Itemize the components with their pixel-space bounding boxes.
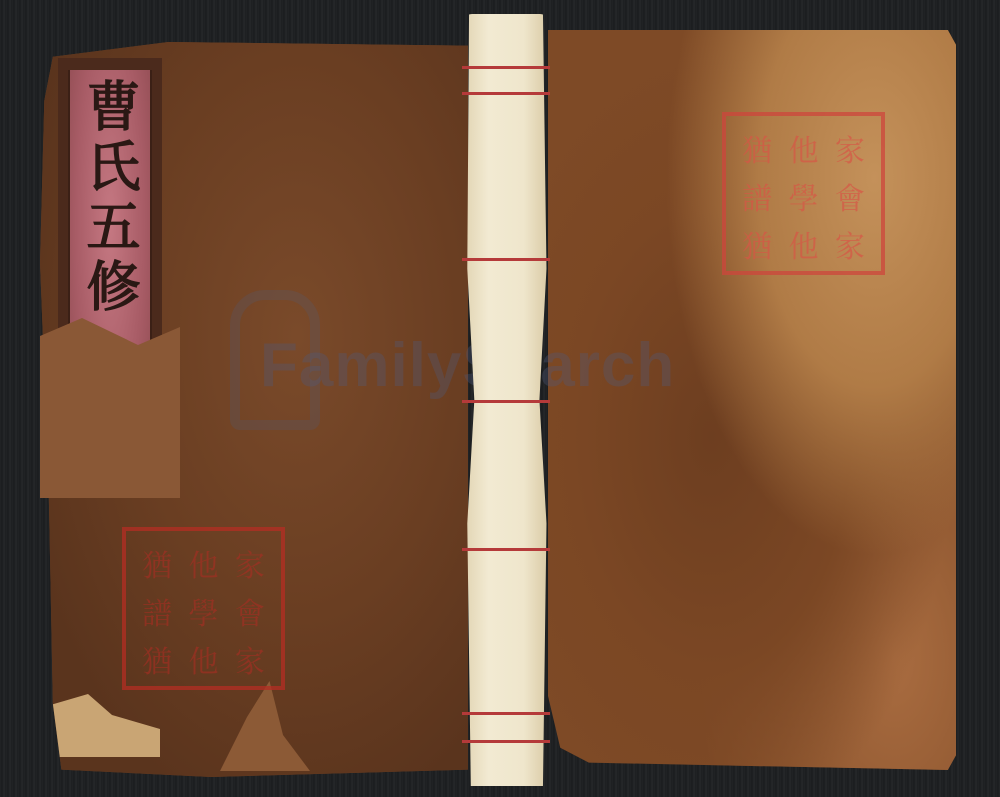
seal-char: 猶 (136, 637, 178, 681)
seal-char: 會 (829, 174, 871, 218)
seal-char: 譜 (736, 174, 778, 218)
seal-char: 會 (229, 589, 271, 633)
seal-char: 他 (182, 637, 224, 681)
watermark-text: FamilySearch (260, 330, 675, 401)
seal-char: 他 (782, 222, 824, 266)
seal-char: 家 (829, 126, 871, 170)
seal-char: 猶 (136, 541, 178, 585)
binding-thread (462, 740, 550, 743)
seal-char: 家 (829, 222, 871, 266)
library-seal-left: 猶 他 家 譜 學 會 猶 他 家 (122, 527, 285, 690)
binding-thread (462, 66, 550, 69)
seal-char: 猶 (736, 126, 778, 170)
binding-thread (462, 92, 550, 95)
seal-char: 譜 (136, 589, 178, 633)
binding-thread (462, 548, 550, 551)
seal-char: 家 (229, 637, 271, 681)
book-title: 曹氏五修 (78, 78, 142, 318)
seal-char: 猶 (736, 222, 778, 266)
seal-char: 學 (782, 174, 824, 218)
library-seal-right: 猶 他 家 譜 學 會 猶 他 家 (722, 112, 885, 275)
binding-thread (462, 258, 550, 261)
seal-char: 他 (782, 126, 824, 170)
binding-thread (462, 400, 550, 403)
seal-char: 他 (182, 541, 224, 585)
seal-char: 家 (229, 541, 271, 585)
binding-thread (462, 712, 550, 715)
seal-char: 學 (182, 589, 224, 633)
torn-edge (220, 681, 310, 771)
label-damage-patch (40, 318, 180, 498)
